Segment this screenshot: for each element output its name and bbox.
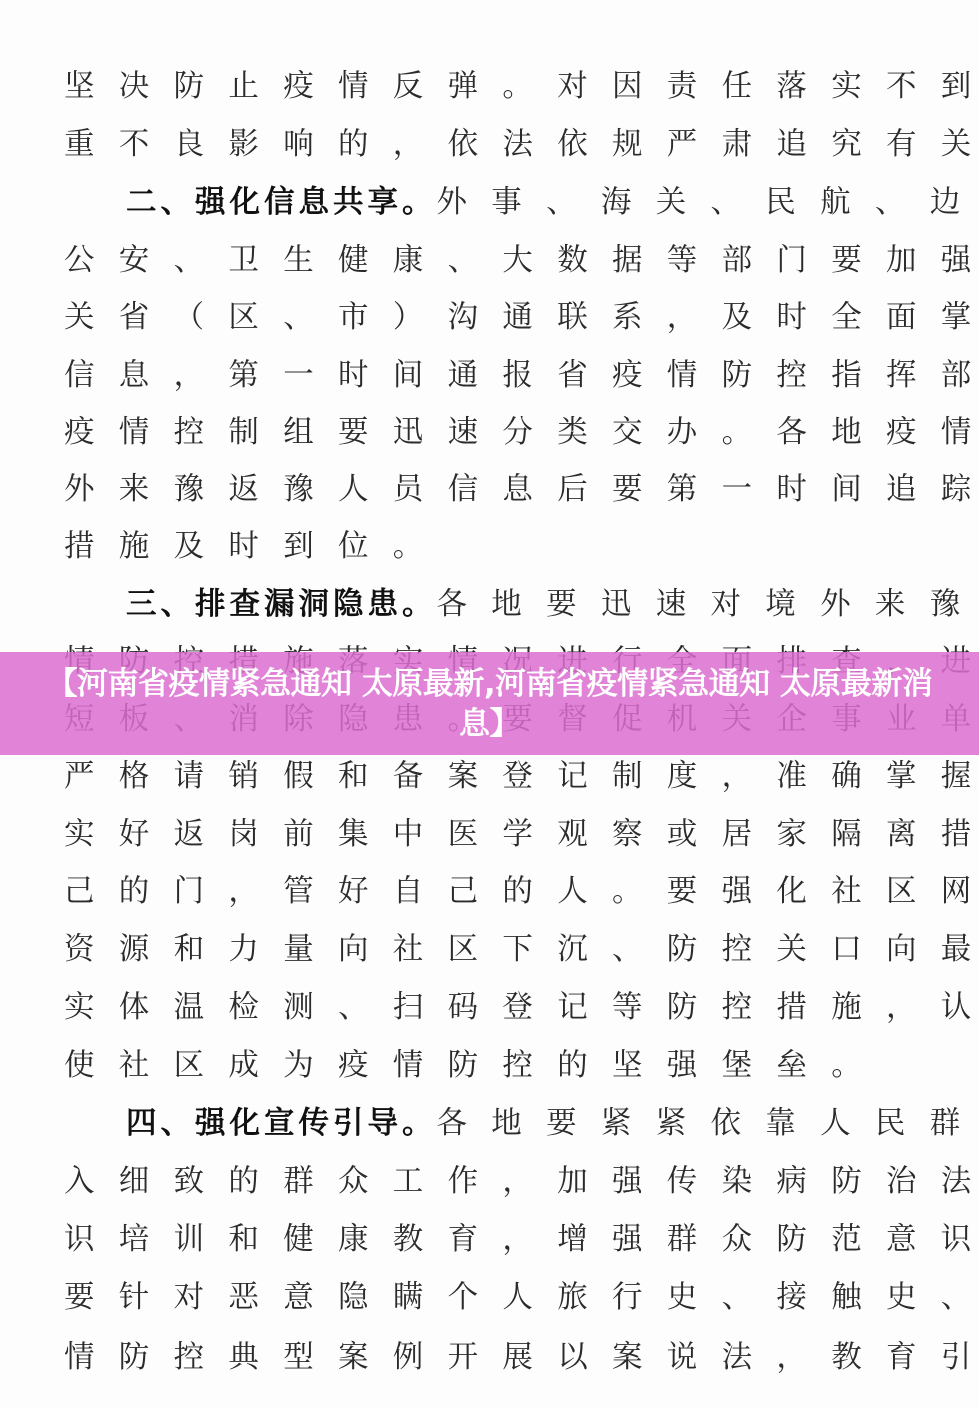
document-page: 坚决防止疫情反弹。对因责任落实不到位、工作不力造成严 重不良影响的，依法依规严肃… [0, 0, 979, 1408]
section-heading-4: 四、强化宣传引导。 [126, 1106, 437, 1141]
body-line: 使社区成为疫情防控的坚强堡垒。 [64, 1046, 894, 1086]
section-heading-line: 二、强化信息共享。外事、海关、民航、边检、铁路、 [126, 183, 894, 223]
title-banner: 【河南省疫情紧急通知 太原最新,河南省疫情紧急通知 太原最新消息】 [0, 652, 979, 755]
body-line: 外来豫返豫人员信息后要第一时间追踪核实管控，确保防控 [64, 470, 894, 510]
banner-title: 【河南省疫情紧急通知 太原最新,河南省疫情紧急通知 太原最新消息】 [40, 664, 940, 744]
body-line: 入细致的群众工作，加强传染病防治法律法规宣传、防控知 [64, 1162, 894, 1202]
line-text: 信息，第一时间通报省疫情防控指挥部办公室疫情控制组， [64, 358, 979, 393]
section-heading-2: 二、强化信息共享。 [126, 185, 437, 220]
body-line: 公安、卫生健康、大数据等部门要加强与上级主管部门及有 [64, 241, 894, 281]
body-line: 信息，第一时间通报省疫情防控指挥部办公室疫情控制组， [64, 356, 894, 396]
line-text: 关省（区、市）沟通联系，及时全面掌握境外来豫返豫人员 [64, 300, 979, 335]
body-line: 资源和力量向社区下沉、防控关口向最小单元前移，严格落 [64, 930, 894, 970]
line-text: 坚决防止疫情反弹。对因责任落实不到位、工作不力造成严 [64, 69, 979, 104]
section-heading-line: 三、排查漏洞隐患。各地要迅速对境外来豫返豫人员疫 [126, 585, 894, 625]
body-line: 重不良影响的，依法依规严肃追究有关人员责任。 [64, 125, 894, 165]
line-text: 使社区成为疫情防控的坚强堡垒。 [64, 1048, 886, 1083]
line-text: 措施及时到位。 [64, 529, 448, 564]
line-text: 各地要迅速对境外来豫返豫人员疫 [437, 587, 979, 622]
body-line: 实体温检测、扫码登记等防控措施，认真细致做好排查管理， [64, 988, 894, 1028]
line-text: 疫情控制组要迅速分类交办。各地疫情防控领导机构收到境 [64, 415, 979, 450]
line-text: 各地要紧紧依靠人民群众，做好深 [437, 1106, 979, 1141]
line-text: 情防控典型案例开展以案说法，教育引导群众增强法律意 [64, 1340, 979, 1375]
body-line: 实好返岗前集中医学观察或居家隔离措施，真正做到看好自 [64, 815, 894, 855]
line-text: 外来豫返豫人员信息后要第一时间追踪核实管控，确保防控 [64, 472, 979, 507]
line-text: 识培训和健康教育，增强群众防范意识，提升自我防护能力。 [64, 1222, 979, 1257]
section-heading-line: 四、强化宣传引导。各地要紧紧依靠人民群众，做好深 [126, 1104, 894, 1144]
line-text: 实体温检测、扫码登记等防控措施，认真细致做好排查管理， [64, 990, 979, 1025]
line-text: 严格请销假和备案登记制度，准确掌握员工出入境情况，落 [64, 759, 979, 794]
line-text: 资源和力量向社区下沉、防控关口向最小单元前移，严格落 [64, 932, 979, 967]
body-line: 措施及时到位。 [64, 527, 894, 567]
body-line: 识培训和健康教育，增强群众防范意识，提升自我防护能力。 [64, 1220, 894, 1260]
body-line: 疫情控制组要迅速分类交办。各地疫情防控领导机构收到境 [64, 413, 894, 453]
line-text: 公安、卫生健康、大数据等部门要加强与上级主管部门及有 [64, 243, 979, 278]
body-line: 关省（区、市）沟通联系，及时全面掌握境外来豫返豫人员 [64, 298, 894, 338]
line-text: 重不良影响的，依法依规严肃追究有关人员责任。 [64, 127, 979, 162]
line-text: 入细致的群众工作，加强传染病防治法律法规宣传、防控知 [64, 1164, 979, 1199]
body-line: 坚决防止疫情反弹。对因责任落实不到位、工作不力造成严 [64, 67, 894, 107]
line-text: 己的门，管好自己的人。要强化社区网格化管理，推动防控 [64, 874, 979, 909]
line-text: 外事、海关、民航、边检、铁路、 [437, 185, 979, 220]
section-heading-3: 三、排查漏洞隐患。 [126, 587, 437, 622]
line-text: 要针对恶意隐瞒个人旅行史、接触史、健康史情况等危害疫 [64, 1280, 979, 1315]
body-line: 严格请销假和备案登记制度，准确掌握员工出入境情况，落 [64, 757, 894, 797]
body-line: 己的门，管好自己的人。要强化社区网格化管理，推动防控 [64, 872, 894, 912]
body-line: 要针对恶意隐瞒个人旅行史、接触史、健康史情况等危害疫 [64, 1278, 894, 1318]
body-line: 情防控典型案例开展以案说法，教育引导群众增强法律意 [64, 1338, 894, 1378]
line-text: 实好返岗前集中医学观察或居家隔离措施，真正做到看好自 [64, 817, 979, 852]
